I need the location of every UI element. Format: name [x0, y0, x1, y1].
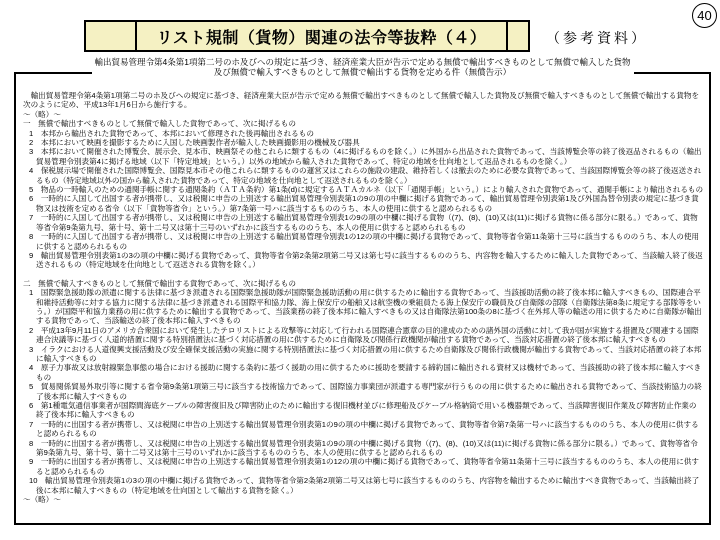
document-box: 輸出貿易管理令第4条第1項第二号のホ及びへの規定に基づき、経済産業大臣が告示で定… — [14, 72, 711, 525]
title-bar-right-cell — [506, 22, 528, 50]
paragraph: 9 一時的に出国する者が携帯し、又は税関に申告の上別送する輸出貿易管理令別表第1… — [23, 457, 704, 476]
paragraph: 10 輸出貿易管理令別表第1の3の項の中欄に掲げる貨物であって、貨物等省令第2条… — [23, 476, 704, 495]
paragraph: 輸出貿易管理令第4条第1項第二号のホ及びへの規定に基づき、経済産業大臣が告示で定… — [23, 91, 704, 110]
page-number: 40 — [697, 8, 711, 23]
paragraph: 3 イラクにおける人道復興支援活動及び安全確保支援活動の実施に関する特別措置法に… — [23, 345, 704, 364]
title-bar-left-cell — [86, 22, 137, 50]
paragraph: 1 本邦から輸出された貨物であって、本邦において修理された後再輸出されるもの — [23, 129, 704, 138]
paragraph: 6 第1種電気通信事業者が国際間海底ケーブルの障害復旧及び障害防止のために輸出す… — [23, 401, 704, 420]
document-body: 輸出貿易管理令第4条第1項第二号のホ及びへの規定に基づき、経済産業大臣が告示で定… — [16, 74, 709, 523]
paragraph-spacer — [23, 270, 704, 279]
paragraph: 7 一時的に出国する者が携帯し、又は税関に申告の上別送する輸出貿易管理令別表第1… — [23, 420, 704, 439]
paragraph: 1 国際緊急援助隊の派遣に関する法律に基づき派遣される国際緊急援助隊が国際緊急援… — [23, 288, 704, 326]
paragraph: 8 一時的に出国する者が携帯し、又は税関に申告の上別送する輸出貿易管理令別表第1… — [23, 439, 704, 458]
paragraph: 4 原子力事故又は放射線緊急事態の場合における援助に関する条約に基づく援助の用に… — [23, 363, 704, 382]
paragraph: 2 平成13年9月11日のアメリカ合衆国において発生したテロリストによる攻撃等に… — [23, 326, 704, 345]
reference-material-label: （参考資料） — [546, 28, 648, 48]
paragraph: 8 一時的に入国して出国する者が携帯し、又は税関に申告の上別送する輸出貿易管理令… — [23, 232, 704, 251]
paragraph: 3 本邦において開催された博覧会、展示会、見本市、映画祭その他これらに類するもの… — [23, 147, 704, 166]
paragraph: 6 一時的に入国して出国する者が携帯し、又は税関に申告の上別送する輸出貿易管理令… — [23, 194, 704, 213]
title-bar: リスト規制（貨物）関連の法令等抜粋（４） — [84, 20, 530, 52]
paragraph: 一 無償で輸出すべきものとして無償で輸入した貨物であって、次に掲げるもの — [23, 119, 704, 128]
paragraph: 9 輸出貿易管理令別表第1の3の項の中欄に掲げる貨物であって、貨物等省令第2条第… — [23, 251, 704, 270]
paragraph: 二 無償で輸入すべきものとして無償で輸出する貨物であって、次に掲げるもの — [23, 279, 704, 288]
slide-page: 40 リスト規制（貨物）関連の法令等抜粋（４） （参考資料） 輸出貿易管理令第4… — [0, 0, 720, 540]
paragraph: 7 一時的に入国して出国する者が携帯し、又は税関に申告の上別送する輸出貿易管理令… — [23, 213, 704, 232]
paragraph: 4 保税展示場で開催された国際博覧会、国際見本市その他これらに類するものの運営又… — [23, 166, 704, 185]
paragraph: ～（略）～ — [23, 110, 704, 119]
page-number-badge: 40 — [692, 3, 717, 28]
paragraph: 5 貿易関係貿易外取引等に関する省令第9条第1項第三号に該当する技術協力であって… — [23, 382, 704, 401]
page-title: リスト規制（貨物）関連の法令等抜粋（４） — [137, 22, 506, 50]
paragraph: ～（略）～ — [23, 495, 704, 504]
